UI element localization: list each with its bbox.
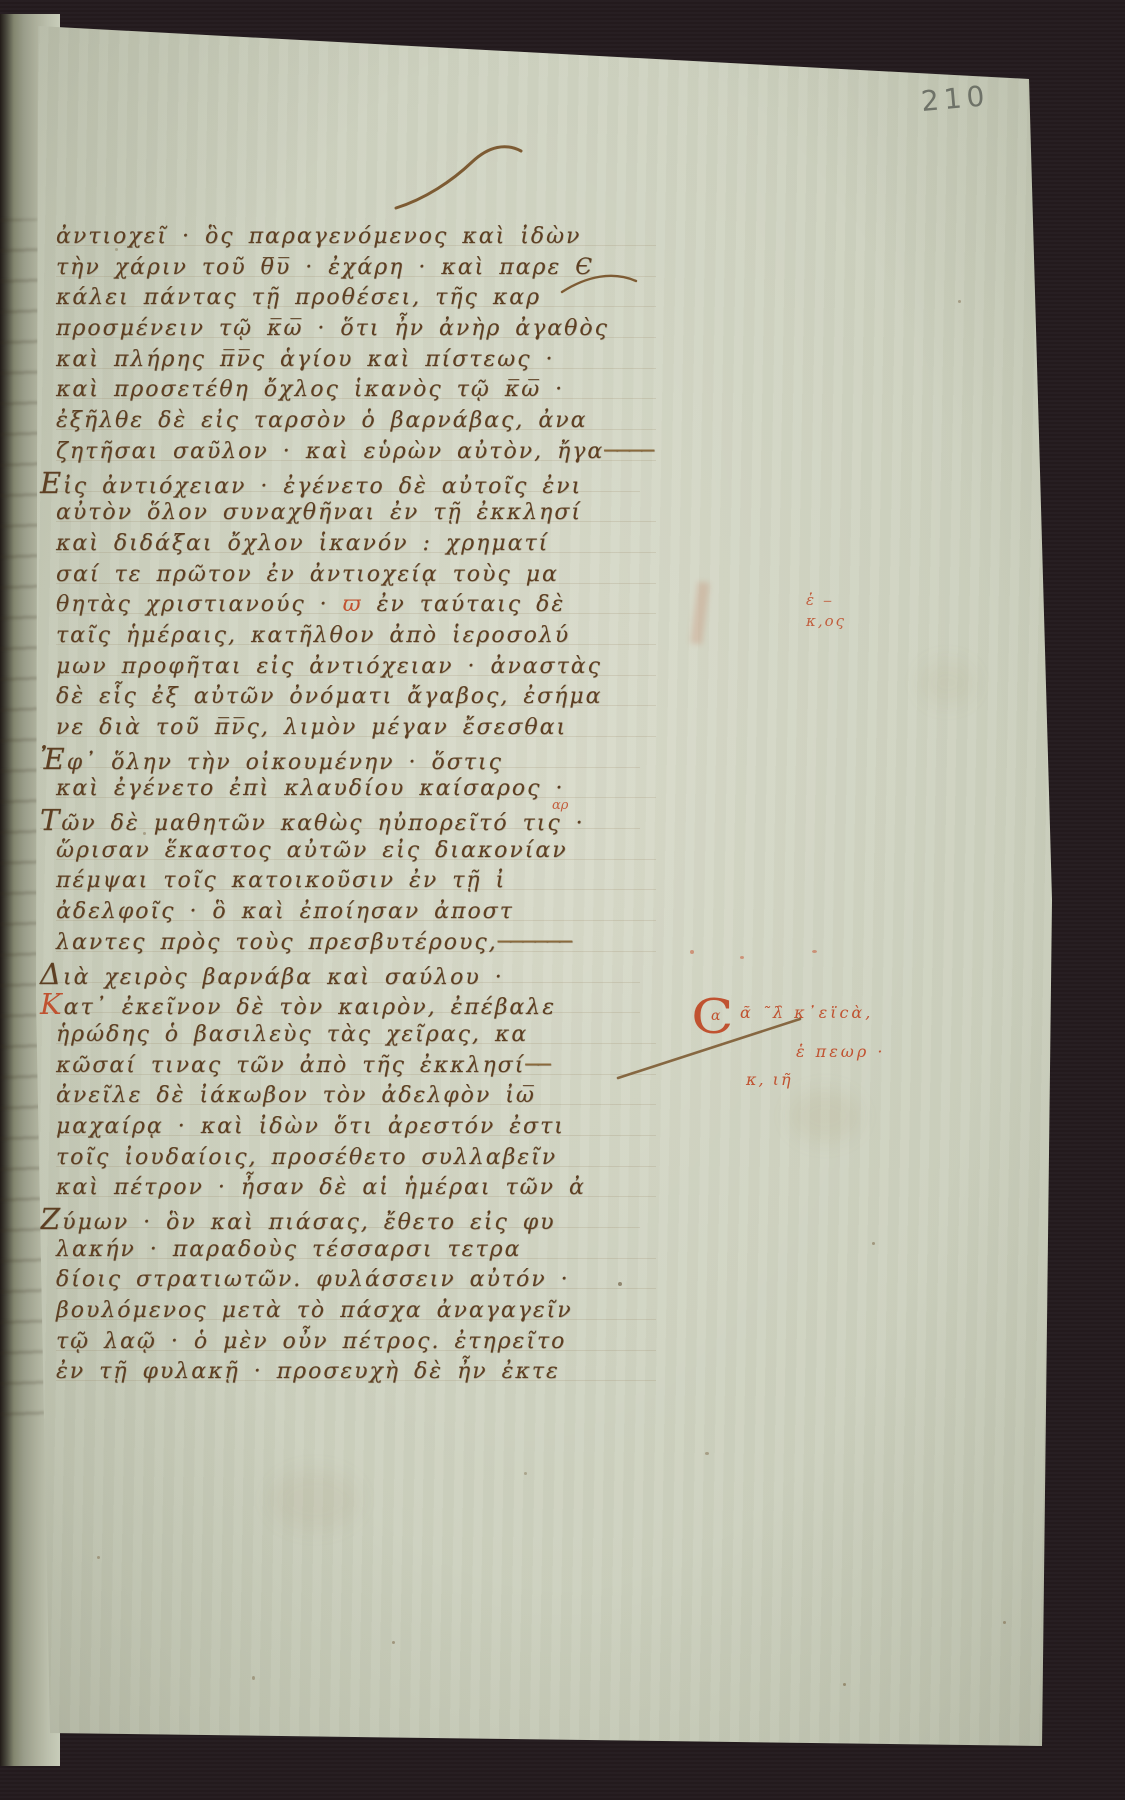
rubric-note-line: κ,ος	[806, 611, 846, 632]
stain-speck	[115, 248, 118, 251]
line-filler: ──	[525, 1053, 550, 1078]
stain-speck	[705, 1452, 709, 1455]
text-segment: μαχαίρᾳ · καὶ ἰδὼν ὅτι ἀρεστόν ἐστι	[56, 1114, 565, 1139]
text-segment: Ἐφ᾽ ὅλην τὴν οἰκουμένην · ὅστις	[40, 750, 503, 775]
text-segment: λακήν · παραδοὺς τέσσαρσι τετρα	[56, 1237, 521, 1262]
stain-speck	[143, 832, 146, 835]
text-line: καὶ προσετέθη ὄχλος ἱκανὸς τῷ κ̅ω̅ ·	[56, 375, 672, 406]
text-line: προσμένειν τῷ κ̅ω̅ · ὅτι ἦν ἀνὴρ ἀγαθὸς	[56, 314, 672, 345]
parchment-stain	[790, 1090, 860, 1142]
text-segment: ἀδελφοῖς · ὃ καὶ ἐποίησαν ἀποστ	[56, 899, 514, 924]
text-line: σαί τε πρῶτον ἐν ἀντιοχείᾳ τοὺς μα	[56, 560, 672, 591]
text-segment: ατ᾽ ἐκεῖνον δὲ τὸν καιρὸν, ἐπέβαλε	[64, 995, 556, 1020]
text-segment: δίοις στρατιωτῶν. φυλάσσειν αὐτόν ·	[56, 1267, 570, 1292]
rubric-correction: αρ	[552, 798, 568, 813]
text-segment: νε διὰ τοῦ π̅ν̅ς, λιμὸν μέγαν ἔσεσθαι	[56, 715, 567, 740]
text-segment: ἐν ταύταις δὲ	[377, 592, 566, 617]
rubric-marginal-note: ἑ ⎯ κ,ος	[806, 590, 846, 632]
text-line: κῶσαί τινας τῶν ἀπὸ τῆς ἐκκλησί──	[56, 1051, 672, 1082]
text-line: ὥρισαν ἕκαστος αὐτῶν εἰς διακονίαν	[56, 836, 672, 867]
stain-speck	[872, 1242, 875, 1245]
text-line: ζητῆσαι σαῦλον · καὶ εὑρὼν αὐτὸν, ἤγα───…	[56, 437, 672, 468]
text-line: πέμψαι τοῖς κατοικοῦσιν ἐν τῇ ἰ	[56, 866, 672, 897]
rubric-note-line: ἑ ⎯	[806, 590, 846, 611]
text-line: τοῖς ἰουδαίοις, προσέθετο συλλαβεῖν	[56, 1143, 672, 1174]
text-line: δίοις στρατιωτῶν. φυλάσσειν αὐτόν ·	[56, 1265, 672, 1296]
text-segment: κῶσαί τινας τῶν ἀπὸ τῆς ἐκκλησί	[56, 1053, 525, 1078]
text-line: μαχαίρᾳ · καὶ ἰδὼν ὅτι ἀρεστόν ἐστι	[56, 1112, 672, 1143]
stain-speck	[97, 1556, 100, 1559]
text-line: καὶ ἐγένετο ἐπὶ κλαυδίου καίσαρος ·	[56, 774, 672, 805]
parchment-page: 210 ἀντιοχεῖ · ὃς παραγενόμενος καὶ ἰδὼν…	[0, 0, 1125, 1800]
text-line: καὶ πέτρον · ἦσαν δὲ αἱ ἡμέραι τῶν ἀ	[56, 1173, 672, 1204]
text-segment: θητὰς χριστιανούς ·	[56, 592, 329, 617]
text-segment: ὥρισαν ἕκαστος αὐτῶν εἰς διακονίαν	[56, 838, 568, 863]
text-segment: ἡρώδης ὁ βασιλεὺς τὰς χεῖρας, κα	[56, 1022, 528, 1047]
text-line: Κατ᾽ ἐκεῖνον δὲ τὸν καιρὸν, ἐπέβαλε	[40, 989, 672, 1020]
folio-number: 210	[920, 79, 991, 118]
text-segment: Τῶν δὲ μαθητῶν καθὼς ηὐπορεῖτό τις ·	[40, 811, 585, 836]
text-line: ταῖς ἡμέραις, κατῆλθον ἀπὸ ἱεροσολύ	[56, 621, 672, 652]
rubric-note-line: κ, ιῆ	[746, 1070, 793, 1089]
rubric-dot	[812, 950, 817, 953]
manuscript-photo: 210 ἀντιοχεῖ · ὃς παραγενόμενος καὶ ἰδὼν…	[0, 0, 1125, 1800]
stain-speck	[392, 1641, 395, 1644]
text-segment: αὐτὸν ὅλον συναχθῆναι ἐν τῇ ἐκκλησί	[56, 500, 582, 525]
text-segment: καὶ πέτρον · ἦσαν δὲ αἱ ἡμέραι τῶν ἀ	[56, 1175, 586, 1200]
text-segment: δὲ εἷς ἐξ αὐτῶν ὀνόματι ἄγαβος, ἐσήμα	[56, 684, 603, 709]
text-segment: καὶ πλήρης π̅ν̅ς ἁγίου καὶ πίστεως ·	[56, 347, 555, 372]
line-filler: ────	[604, 439, 653, 464]
rubric-segment: ϖ	[329, 592, 377, 617]
text-segment: ἐν τῇ φυλακῇ · προσευχὴ δὲ ἦν ἐκτε	[56, 1359, 560, 1384]
text-line: Διὰ χειρὸς βαρνάβα καὶ σαύλου ·	[40, 959, 672, 990]
text-line: ἀντιοχεῖ · ὃς παραγενόμενος καὶ ἰδὼν	[56, 222, 672, 253]
text-line: βουλόμενος μετὰ τὸ πάσχα ἀναγαγεῖν	[56, 1296, 672, 1327]
text-segment: ἐξῆλθε δὲ εἰς ταρσὸν ὁ βαρνάβας, ἀνα	[56, 408, 587, 433]
stain-speck	[524, 1472, 527, 1475]
stain-speck	[1003, 1621, 1006, 1624]
text-segment: λαντες πρὸς τοὺς πρεσβυτέρους,	[56, 930, 498, 955]
text-line: κάλει πάντας τῇ προθέσει, τῆς καρ	[56, 283, 672, 314]
stain-speck	[843, 1683, 846, 1686]
text-line: καὶ διδάξαι ὄχλον ἱκανόν : χρηματί	[56, 529, 672, 560]
rubric-note-line: ἑ πεωρ ·	[796, 1042, 885, 1061]
text-segment: ζητῆσαι σαῦλον · καὶ εὑρὼν αὐτὸν, ἤγα	[56, 439, 604, 464]
parchment-stain	[920, 660, 975, 705]
text-segment: ἀνεῖλε δὲ ἰάκωβον τὸν ἀδελφὸν ἰω̅	[56, 1083, 536, 1108]
text-segment: Εἰς ἀντιόχειαν · ἐγένετο δὲ αὐτοῖς ἐνι	[40, 474, 582, 499]
text-segment: μων προφῆται εἰς ἀντιόχειαν · ἀναστὰς	[56, 654, 602, 679]
text-segment: βουλόμενος μετὰ τὸ πάσχα ἀναγαγεῖν	[56, 1298, 573, 1323]
text-segment: σαί τε πρῶτον ἐν ἀντιοχείᾳ τοὺς μα	[56, 562, 559, 587]
text-line: τὴν χάριν τοῦ θ̅υ̅ · ἐχάρη · καὶ παρε Є	[56, 253, 672, 284]
text-segment: τὴν χάριν τοῦ θ̅υ̅ · ἐχάρη · καὶ παρε Є	[56, 255, 594, 280]
text-line: ἐξῆλθε δὲ εἰς ταρσὸν ὁ βαρνάβας, ἀνα	[56, 406, 672, 437]
rubric-note-line: ᾶ ῀λ̑ κ᾽εϊcὰ,	[740, 1003, 873, 1022]
text-line: λακήν · παραδοὺς τέσσαρσι τετρα	[56, 1235, 672, 1266]
text-line: λαντες πρὸς τοὺς πρεσβυτέρους,──────	[56, 928, 672, 959]
text-block: ἀντιοχεῖ · ὃς παραγενόμενος καὶ ἰδὼντὴν …	[56, 222, 672, 1388]
line-filler: ──────	[498, 930, 571, 955]
text-segment: ἀντιοχεῖ · ὃς παραγενόμενος καὶ ἰδὼν	[56, 224, 581, 249]
text-line: δὲ εἷς ἐξ αὐτῶν ὀνόματι ἄγαβος, ἐσήμα	[56, 682, 672, 713]
rubric-dot	[740, 956, 744, 959]
text-line: θητὰς χριστιανούς · ϖ ἐν ταύταις δὲ	[56, 590, 672, 621]
text-segment: Διὰ χειρὸς βαρνάβα καὶ σαύλου ·	[40, 965, 504, 990]
text-line: αὐτὸν ὅλον συναχθῆναι ἐν τῇ ἐκκλησί	[56, 498, 672, 529]
text-segment: Ζύμων · ὃν καὶ πιάσας, ἔθετο εἰς φυ	[40, 1210, 556, 1235]
text-line: νε διὰ τοῦ π̅ν̅ς, λιμὸν μέγαν ἔσεσθαι	[56, 713, 672, 744]
rubric-segment: Κ	[40, 995, 64, 1020]
text-line: Τῶν δὲ μαθητῶν καθὼς ηὐπορεῖτό τις ·	[40, 805, 672, 836]
text-segment: προσμένειν τῷ κ̅ω̅ · ὅτι ἦν ἀνὴρ ἀγαθὸς	[56, 316, 609, 341]
text-segment: κάλει πάντας τῇ προθέσει, τῆς καρ	[56, 285, 541, 310]
text-line: Ζύμων · ὃν καὶ πιάσας, ἔθετο εἰς φυ	[40, 1204, 672, 1235]
text-line: Εἰς ἀντιόχειαν · ἐγένετο δὲ αὐτοῖς ἐνι	[40, 468, 672, 499]
text-line: ἀνεῖλε δὲ ἰάκωβον τὸν ἀδελφὸν ἰω̅	[56, 1081, 672, 1112]
text-segment: καὶ ἐγένετο ἐπὶ κλαυδίου καίσαρος ·	[56, 776, 565, 801]
parchment-stain	[270, 1470, 360, 1530]
text-line: ἐν τῇ φυλακῇ · προσευχὴ δὲ ἦν ἐκτε	[56, 1357, 672, 1388]
text-line: Ἐφ᾽ ὅλην τὴν οἰκουμένην · ὅστις	[40, 744, 672, 775]
text-segment: τοῖς ἰουδαίοις, προσέθετο συλλαβεῖν	[56, 1145, 557, 1170]
rubric-dot	[690, 950, 694, 954]
text-segment: καὶ προσετέθη ὄχλος ἱκανὸς τῷ κ̅ω̅ ·	[56, 377, 564, 402]
text-segment: πέμψαι τοῖς κατοικοῦσιν ἐν τῇ ἰ	[56, 868, 506, 893]
stain-speck	[252, 1676, 255, 1680]
text-line: καὶ πλήρης π̅ν̅ς ἁγίου καὶ πίστεως ·	[56, 345, 672, 376]
text-line: μων προφῆται εἰς ἀντιόχειαν · ἀναστὰς	[56, 652, 672, 683]
text-line: τῷ λαῷ · ὁ μὲν οὖν πέτρος. ἐτηρεῖτο	[56, 1327, 672, 1358]
text-segment: ταῖς ἡμέραις, κατῆλθον ἀπὸ ἱεροσολύ	[56, 623, 570, 648]
text-segment: καὶ διδάξαι ὄχλον ἱκανόν : χρηματί	[56, 531, 549, 556]
text-segment: τῷ λαῷ · ὁ μὲν οὖν πέτρος. ἐτηρεῖτο	[56, 1329, 566, 1354]
stain-speck	[958, 300, 961, 303]
text-line: ἀδελφοῖς · ὃ καὶ ἐποίησαν ἀποστ	[56, 897, 672, 928]
rubric-bracket-letter: α	[711, 1008, 720, 1024]
stain-speck	[618, 1282, 622, 1286]
text-line: ἡρώδης ὁ βασιλεὺς τὰς χεῖρας, κα	[56, 1020, 672, 1051]
